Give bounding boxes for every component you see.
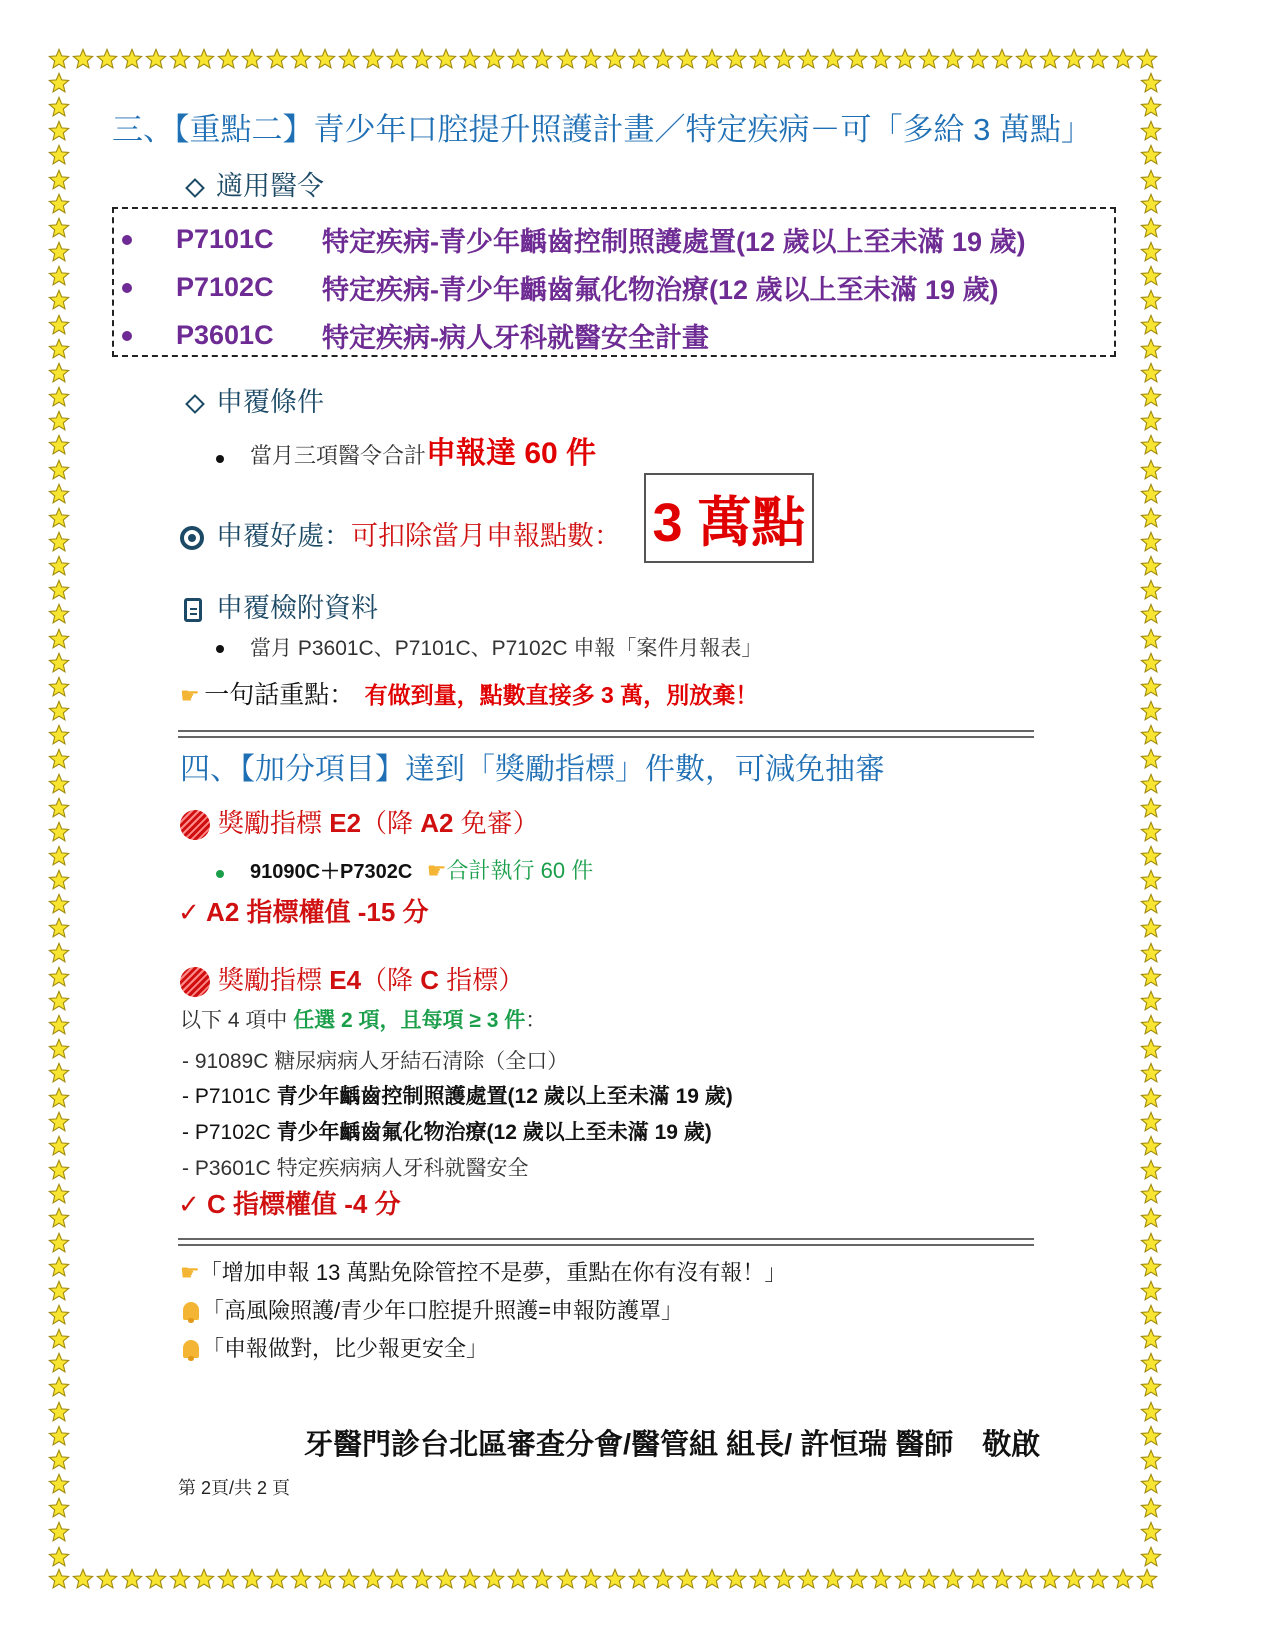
star-icon (1140, 603, 1162, 625)
star-icon (48, 1473, 70, 1495)
star-icon (942, 1568, 964, 1590)
star-icon (48, 1521, 70, 1543)
diamond-icon (185, 394, 205, 414)
star-icon (797, 48, 819, 70)
star-icon (1140, 507, 1162, 529)
star-icon (48, 507, 70, 529)
star-icon (48, 1449, 70, 1471)
hatched-circle-icon (180, 810, 210, 840)
star-icon (1063, 1568, 1085, 1590)
star-icon (48, 652, 70, 674)
star-icon (483, 48, 505, 70)
star-icon (48, 362, 70, 384)
attach-heading-label: 申覆檢附資料 (216, 593, 378, 623)
star-icon (48, 917, 70, 939)
star-icon (48, 410, 70, 432)
star-icon (676, 48, 698, 70)
star-icon (1140, 1062, 1162, 1084)
star-icon (1140, 990, 1162, 1012)
e2-heading: 獎勵指標 E2（降 A2 免審） (180, 803, 539, 840)
e4-item-code: - P7101C (182, 1085, 271, 1108)
section4-title: 四、【加分項目】達到「獎勵指標」件數，可減免抽審 (180, 744, 885, 788)
star-icon (48, 1568, 70, 1590)
star-icon (1140, 1376, 1162, 1398)
star-icon (48, 193, 70, 215)
star-icon (48, 386, 70, 408)
condition-heading-label: 申覆條件 (216, 387, 324, 417)
star-icon (1112, 48, 1134, 70)
star-icon (48, 1328, 70, 1350)
e4-item-code: - P7102C (182, 1121, 271, 1144)
slogan-text: 「高風險照護/青少年口腔提升照護=申報防護罩」 (202, 1298, 683, 1323)
star-icon (48, 1135, 70, 1157)
star-icon (96, 48, 118, 70)
star-icon (48, 1376, 70, 1398)
bullet-icon (122, 235, 132, 245)
star-icon (48, 869, 70, 891)
e4-item: - P3601C 特定疾病病人牙科就醫安全 (182, 1152, 529, 1182)
star-icon (556, 48, 578, 70)
star-icon (967, 48, 989, 70)
star-icon (773, 1568, 795, 1590)
star-icon (1063, 48, 1085, 70)
star-icon (725, 48, 747, 70)
star-icon (48, 1014, 70, 1036)
attach-item: 當月 P3601C、P7101C、P7102C 申報「案件月報表」 (216, 632, 762, 662)
star-icon (48, 628, 70, 650)
e4-heading-mid: （降 (361, 965, 420, 995)
order-row: P7102C 特定疾病-青少年齲齒氟化物治療(12 歲以上至未滿 19 歲) (122, 268, 999, 307)
star-icon (48, 1159, 70, 1181)
order-desc: 特定疾病-青少年齲齒氟化物治療(12 歲以上至未滿 19 歲) (322, 268, 999, 307)
star-icon (1140, 1111, 1162, 1133)
star-icon (72, 48, 94, 70)
e2-heading-mid: （降 (361, 808, 420, 838)
star-icon (701, 48, 723, 70)
star-icon (725, 1568, 747, 1590)
section3-title: 三、【重點二】青少年口腔提升照護計畫／特定疾病－可「多給 3 萬點」 (112, 104, 1092, 149)
star-icon (362, 48, 384, 70)
e4-item: - P7101C 青少年齲齒控制照護處置(12 歲以上至未滿 19 歲) (182, 1080, 733, 1110)
star-icon (169, 48, 191, 70)
star-icon (604, 48, 626, 70)
star-icon (48, 893, 70, 915)
attach-item-text: 當月 P3601C、P7101C、P7102C 申報「案件月報表」 (250, 637, 762, 660)
star-icon (459, 1568, 481, 1590)
hatched-circle-icon (180, 967, 210, 997)
star-icon (1087, 48, 1109, 70)
slogan-text: 「增加申報 13 萬點免除管控不是夢，重點在你有沒有報！」 (200, 1260, 787, 1285)
star-icon (1140, 1087, 1162, 1109)
star-icon (604, 1568, 626, 1590)
star-icon (145, 48, 167, 70)
star-icon (507, 48, 529, 70)
signature: 牙醫門診台北區審查分會/醫管組 組長/ 許恒瑞 醫師 敬啟 (304, 1422, 1040, 1463)
star-icon (241, 1568, 263, 1590)
star-icon (338, 48, 360, 70)
star-icon (1140, 1256, 1162, 1278)
star-icon (822, 1568, 844, 1590)
star-icon (1140, 362, 1162, 384)
slogan: 「申報做對，比少報更安全」 (180, 1332, 488, 1363)
orders-heading: 適用醫令 (188, 164, 324, 203)
condition-text: 當月三項醫令合計 (250, 443, 426, 468)
star-icon (121, 1568, 143, 1590)
star-icon (338, 1568, 360, 1590)
star-icon (48, 1352, 70, 1374)
star-icon (870, 1568, 892, 1590)
star-icon (1140, 120, 1162, 142)
divider (178, 1238, 1034, 1246)
star-icon (48, 724, 70, 746)
star-icon (1039, 1568, 1061, 1590)
star-icon (1140, 169, 1162, 191)
keypoint-text: 有做到量，點數直接多 3 萬，別放棄！ (365, 682, 759, 708)
star-icon (507, 1568, 529, 1590)
order-code: P7101C (176, 224, 322, 255)
star-icon (72, 1568, 94, 1590)
star-icon (48, 531, 70, 553)
target-icon (180, 526, 204, 550)
star-icon (580, 1568, 602, 1590)
pointing-hand-icon: ☛ (180, 1260, 200, 1286)
star-icon (1015, 1568, 1037, 1590)
star-icon (1140, 845, 1162, 867)
star-icon (48, 314, 70, 336)
star-icon (1140, 483, 1162, 505)
star-icon (1140, 193, 1162, 215)
bullet-icon (216, 870, 224, 878)
star-icon (1140, 1014, 1162, 1036)
order-desc: 特定疾病-病人牙科就醫安全計畫 (322, 316, 709, 355)
star-border-right (1140, 72, 1164, 1568)
star-icon (290, 1568, 312, 1590)
star-icon (918, 1568, 940, 1590)
star-icon (483, 1568, 505, 1590)
star-icon (96, 1568, 118, 1590)
e2-heading-code: E2 (329, 808, 361, 838)
star-icon (217, 48, 239, 70)
benefit-text: 可扣除當月申報點數： (351, 521, 621, 551)
star-icon (1140, 386, 1162, 408)
star-icon (1140, 217, 1162, 239)
star-icon (1140, 410, 1162, 432)
star-icon (1140, 1159, 1162, 1181)
star-icon (145, 1568, 167, 1590)
order-desc: 特定疾病-青少年齲齒控制照護處置(12 歲以上至未滿 19 歲) (322, 220, 1026, 259)
e4-item-desc: 糖尿病病人牙結石清除（全口） (274, 1050, 568, 1073)
star-icon (918, 48, 940, 70)
order-code: P7102C (176, 272, 322, 303)
e2-heading-code2: A2 (420, 808, 453, 838)
star-icon (48, 966, 70, 988)
star-icon (435, 48, 457, 70)
pointing-hand-icon: ☛ (427, 858, 447, 884)
e4-intro-end: ： (525, 1009, 546, 1032)
e4-heading-code2: C (420, 965, 439, 995)
star-icon (48, 289, 70, 311)
slogan: ☛「增加申報 13 萬點免除管控不是夢，重點在你有沒有報！」 (180, 1256, 786, 1287)
star-icon (1015, 48, 1037, 70)
e2-item-codes: 91090C＋P7302C (250, 861, 412, 883)
star-border-bottom (48, 1568, 1158, 1592)
star-icon (48, 773, 70, 795)
star-icon (1140, 1183, 1162, 1205)
star-icon (1140, 241, 1162, 263)
star-icon (1140, 1473, 1162, 1495)
star-icon (773, 48, 795, 70)
star-icon (1140, 700, 1162, 722)
star-icon (822, 48, 844, 70)
star-icon (531, 1568, 553, 1590)
star-icon (266, 48, 288, 70)
e4-heading-code: E4 (329, 965, 361, 995)
star-icon (48, 1401, 70, 1423)
e4-item: - P7102C 青少年齲齒氟化物治療(12 歲以上至未滿 19 歲) (182, 1116, 712, 1146)
benefit-value-box: 3 萬點 (644, 473, 814, 563)
star-icon (48, 1183, 70, 1205)
bell-icon (180, 1338, 202, 1362)
star-icon (48, 555, 70, 577)
star-icon (628, 48, 650, 70)
star-icon (48, 1111, 70, 1133)
star-icon (894, 48, 916, 70)
condition-highlight: 申報達 60 件 (426, 437, 596, 470)
star-icon (1140, 869, 1162, 891)
star-icon (48, 1062, 70, 1084)
star-icon (48, 265, 70, 287)
e4-heading: 獎勵指標 E4（降 C 指標） (180, 960, 524, 997)
star-icon (48, 700, 70, 722)
star-icon (942, 48, 964, 70)
bullet-icon (122, 283, 132, 293)
star-icon (797, 1568, 819, 1590)
star-icon (1140, 1232, 1162, 1254)
star-icon (459, 48, 481, 70)
star-icon (314, 48, 336, 70)
star-icon (1140, 1425, 1162, 1447)
e2-heading-post: 免審） (454, 808, 539, 838)
star-border-left (48, 72, 72, 1568)
slogan-text: 「申報做對，比少報更安全」 (202, 1336, 488, 1361)
document-icon (184, 598, 202, 622)
star-icon (846, 1568, 868, 1590)
keypoint-label: 一句話重點： (204, 681, 354, 709)
star-icon (894, 1568, 916, 1590)
star-icon (48, 845, 70, 867)
star-icon (48, 120, 70, 142)
star-icon (314, 1568, 336, 1590)
star-icon (48, 96, 70, 118)
condition-heading: 申覆條件 (188, 380, 324, 419)
star-icon (48, 483, 70, 505)
star-icon (48, 1256, 70, 1278)
star-icon (1140, 1207, 1162, 1229)
star-icon (362, 1568, 384, 1590)
star-icon (1136, 48, 1158, 70)
star-icon (193, 1568, 215, 1590)
star-icon (48, 144, 70, 166)
star-icon (749, 48, 771, 70)
slogan: 「高風險照護/青少年口腔提升照護=申報防護罩」 (180, 1294, 683, 1325)
star-icon (1140, 966, 1162, 988)
star-icon (1140, 652, 1162, 674)
star-icon (48, 217, 70, 239)
star-icon (1140, 942, 1162, 964)
star-icon (991, 48, 1013, 70)
star-icon (1140, 459, 1162, 481)
star-icon (1140, 1038, 1162, 1060)
divider (178, 730, 1034, 738)
star-icon (1140, 289, 1162, 311)
benefit-line: 申覆好處：可扣除當月申報點數： (180, 514, 621, 553)
star-icon (1140, 628, 1162, 650)
star-icon (48, 1497, 70, 1519)
star-icon (48, 1280, 70, 1302)
condition-item: 當月三項醫令合計申報達 60 件 (216, 428, 596, 472)
star-icon (1140, 338, 1162, 360)
e2-result: ✓ A2 指標權值 -15 分 (178, 892, 429, 929)
star-icon (1140, 821, 1162, 843)
star-icon (1140, 1401, 1162, 1423)
e2-item: 91090C＋P7302C ☛合計執行 60 件 (216, 854, 593, 885)
star-icon (1140, 555, 1162, 577)
e2-item-note: 合計執行 60 件 (447, 858, 594, 883)
star-icon (870, 48, 892, 70)
e4-item-desc: 青少年齲齒控制照護處置(12 歲以上至未滿 19 歲) (277, 1085, 733, 1108)
orders-heading-label: 適用醫令 (216, 171, 324, 201)
attach-heading: 申覆檢附資料 (184, 586, 378, 625)
star-icon (676, 1568, 698, 1590)
star-icon (48, 676, 70, 698)
star-icon (1140, 1135, 1162, 1157)
star-icon (1039, 48, 1061, 70)
star-icon (1140, 724, 1162, 746)
star-icon (556, 1568, 578, 1590)
star-icon (48, 990, 70, 1012)
star-icon (1140, 1304, 1162, 1326)
e4-result: ✓ C 指標權值 -4 分 (178, 1184, 401, 1221)
keypoint-line: ☛ 一句話重點： 有做到量，點數直接多 3 萬，別放棄！ (180, 675, 758, 711)
star-icon (1140, 1546, 1162, 1568)
star-icon (1140, 1280, 1162, 1302)
order-row: P3601C 特定疾病-病人牙科就醫安全計畫 (122, 316, 709, 355)
star-icon (386, 1568, 408, 1590)
star-icon (48, 72, 70, 94)
star-icon (991, 1568, 1013, 1590)
star-icon (1140, 579, 1162, 601)
star-icon (628, 1568, 650, 1590)
star-icon (48, 1038, 70, 1060)
star-icon (1140, 748, 1162, 770)
star-icon (121, 48, 143, 70)
star-icon (290, 48, 312, 70)
star-icon (967, 1568, 989, 1590)
bullet-icon (122, 331, 132, 341)
e4-item-code: - P3601C (182, 1157, 271, 1180)
star-icon (386, 48, 408, 70)
star-icon (580, 48, 602, 70)
e4-heading-pre: 獎勵指標 (218, 965, 329, 995)
star-icon (1112, 1568, 1134, 1590)
star-icon (1140, 72, 1162, 94)
star-icon (1140, 531, 1162, 553)
star-icon (1140, 1449, 1162, 1471)
diamond-icon (185, 178, 205, 198)
star-icon (411, 1568, 433, 1590)
star-icon (48, 1232, 70, 1254)
star-icon (701, 1568, 723, 1590)
star-icon (48, 1207, 70, 1229)
star-icon (48, 579, 70, 601)
order-row: P7101C 特定疾病-青少年齲齒控制照護處置(12 歲以上至未滿 19 歲) (122, 220, 1026, 259)
star-icon (48, 459, 70, 481)
star-icon (749, 1568, 771, 1590)
star-icon (48, 942, 70, 964)
star-icon (266, 1568, 288, 1590)
star-icon (1140, 434, 1162, 456)
star-icon (48, 1546, 70, 1568)
star-icon (652, 1568, 674, 1590)
star-icon (1140, 144, 1162, 166)
star-icon (1140, 1497, 1162, 1519)
star-icon (411, 48, 433, 70)
star-icon (1136, 1568, 1158, 1590)
star-icon (48, 1087, 70, 1109)
star-icon (1140, 1352, 1162, 1374)
star-icon (241, 48, 263, 70)
star-icon (531, 48, 553, 70)
star-icon (48, 821, 70, 843)
star-border-top (48, 48, 1158, 72)
star-icon (1140, 773, 1162, 795)
pointing-hand-icon: ☛ (180, 683, 200, 709)
star-icon (48, 434, 70, 456)
star-icon (48, 48, 70, 70)
star-icon (1140, 96, 1162, 118)
star-icon (1140, 1521, 1162, 1543)
order-code: P3601C (176, 320, 322, 351)
star-icon (169, 1568, 191, 1590)
e4-intro-highlight: 任選 2 項，且每項 ≥ 3 件 (293, 1009, 525, 1032)
star-icon (1087, 1568, 1109, 1590)
star-icon (1140, 1328, 1162, 1350)
star-icon (1140, 314, 1162, 336)
e4-item: - 91089C 糖尿病病人牙結石清除（全口） (182, 1045, 568, 1075)
bell-icon (180, 1300, 202, 1324)
benefit-label: 申覆好處： (216, 521, 351, 551)
e2-heading-pre: 獎勵指標 (218, 808, 329, 838)
e4-intro: 以下 4 項中 任選 2 項，且每項 ≥ 3 件： (180, 1004, 546, 1034)
star-icon (48, 169, 70, 191)
star-icon (846, 48, 868, 70)
star-icon (48, 603, 70, 625)
e4-item-desc: 特定疾病病人牙科就醫安全 (277, 1157, 529, 1180)
e4-item-code: - 91089C (182, 1050, 268, 1073)
e4-intro-text: 以下 4 項中 (180, 1009, 293, 1032)
star-icon (48, 1425, 70, 1447)
star-icon (48, 241, 70, 263)
star-icon (1140, 917, 1162, 939)
star-icon (48, 1304, 70, 1326)
star-icon (48, 748, 70, 770)
e4-item-desc: 青少年齲齒氟化物治療(12 歲以上至未滿 19 歲) (277, 1121, 712, 1144)
star-icon (1140, 265, 1162, 287)
star-icon (652, 48, 674, 70)
star-icon (48, 338, 70, 360)
bullet-icon (216, 455, 224, 463)
star-icon (193, 48, 215, 70)
